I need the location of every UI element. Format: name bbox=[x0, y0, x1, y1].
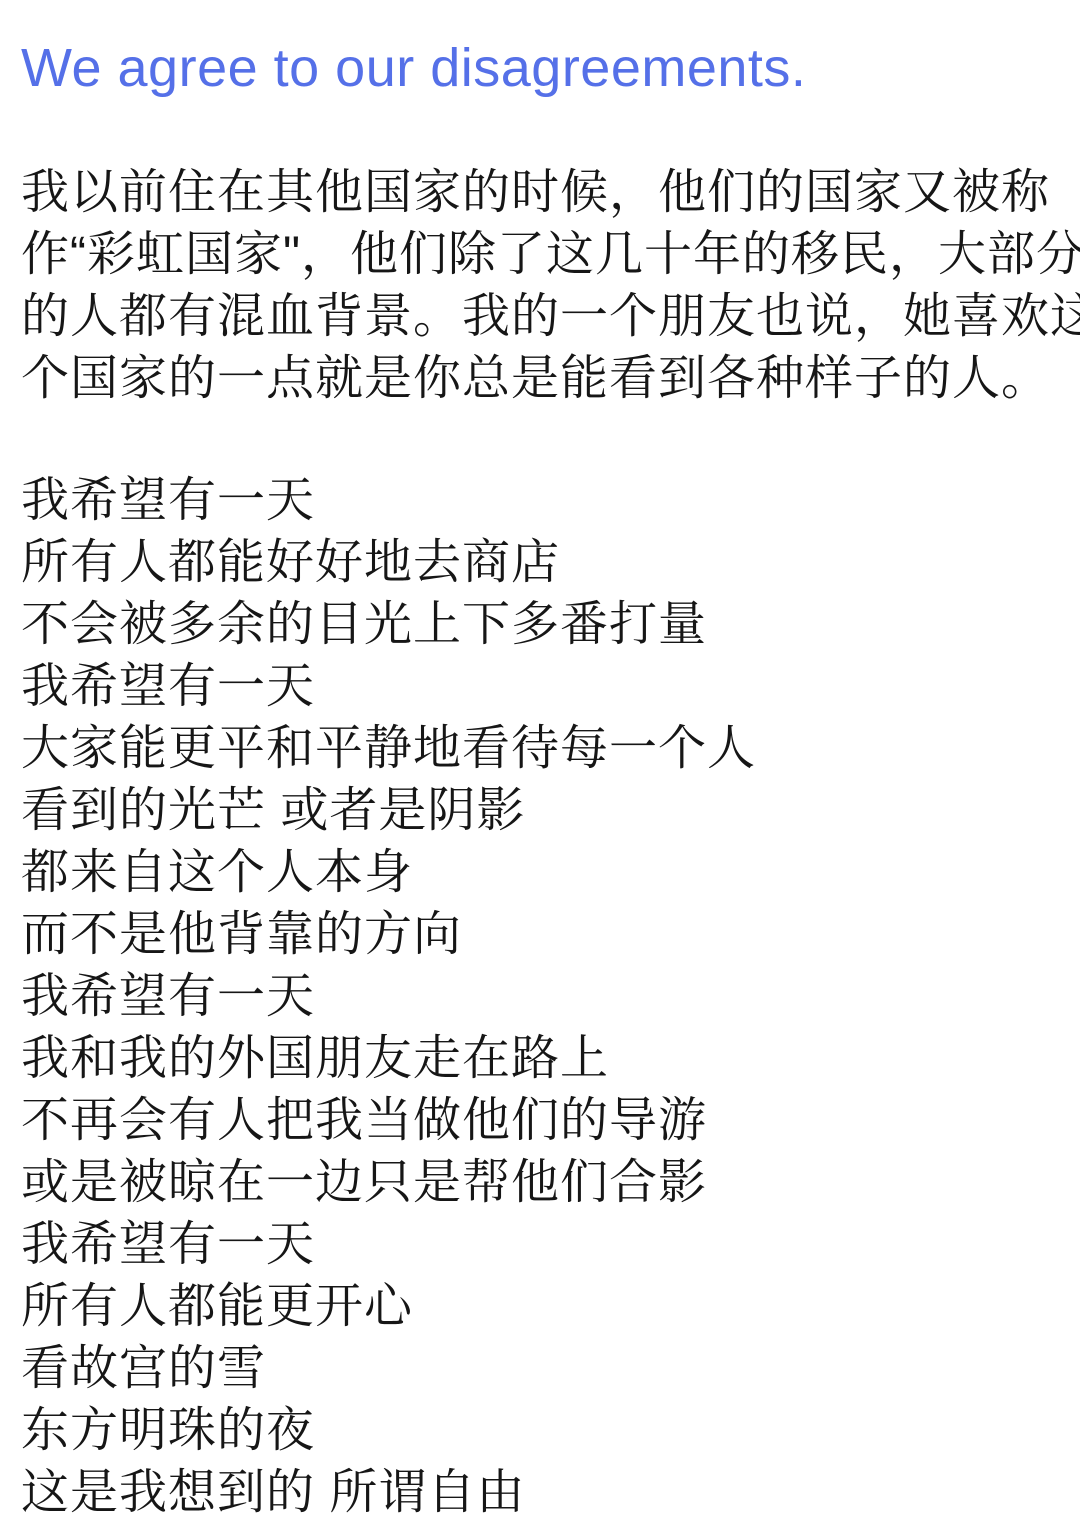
poem-section: 我希望有一天 所有人都能好好地去商店 不会被多余的目光上下多番打量 我希望有一天… bbox=[21, 470, 1072, 1524]
poem-line: 都来自这个人本身 bbox=[21, 842, 1072, 904]
poem-line: 东方明珠的夜 bbox=[21, 1400, 1072, 1462]
poem-line: 或是被晾在一边只是帮他们合影 bbox=[21, 1152, 1072, 1214]
paragraph-line: 作“彩虹国家"，他们除了这几十年的移民，大部分 bbox=[21, 224, 1072, 286]
poem-line: 而不是他背靠的方向 bbox=[21, 904, 1072, 966]
text-post-page: We agree to our disagreements. 我以前住在其他国家… bbox=[0, 0, 1080, 1528]
page-title: We agree to our disagreements. bbox=[21, 0, 1072, 98]
poem-line: 我希望有一天 bbox=[21, 966, 1072, 1028]
poem-line: 所有人都能好好地去商店 bbox=[21, 532, 1072, 594]
poem-line: 我希望有一天 bbox=[21, 1214, 1072, 1276]
poem-line: 我希望有一天 bbox=[21, 656, 1072, 718]
paragraph-line: 我以前住在其他国家的时候，他们的国家又被称 bbox=[21, 162, 1072, 224]
poem-line: 我和我的外国朋友走在路上 bbox=[21, 1028, 1072, 1090]
paragraph-line: 的人都有混血背景。我的一个朋友也说，她喜欢这 bbox=[21, 286, 1072, 348]
intro-paragraph: 我以前住在其他国家的时候，他们的国家又被称 作“彩虹国家"，他们除了这几十年的移… bbox=[21, 162, 1072, 410]
poem-line: 看故宫的雪 bbox=[21, 1338, 1072, 1400]
paragraph-line: 个国家的一点就是你总是能看到各种样子的人。 bbox=[21, 348, 1072, 410]
poem-line: 看到的光芒 或者是阴影 bbox=[21, 780, 1072, 842]
poem-line: 我希望有一天 bbox=[21, 470, 1072, 532]
poem-line: 不会被多余的目光上下多番打量 bbox=[21, 594, 1072, 656]
poem-line: 不再会有人把我当做他们的导游 bbox=[21, 1090, 1072, 1152]
poem-line: 大家能更平和平静地看待每一个人 bbox=[21, 718, 1072, 780]
poem-line: 所有人都能更开心 bbox=[21, 1276, 1072, 1338]
poem-line: 这是我想到的 所谓自由 bbox=[21, 1462, 1072, 1524]
